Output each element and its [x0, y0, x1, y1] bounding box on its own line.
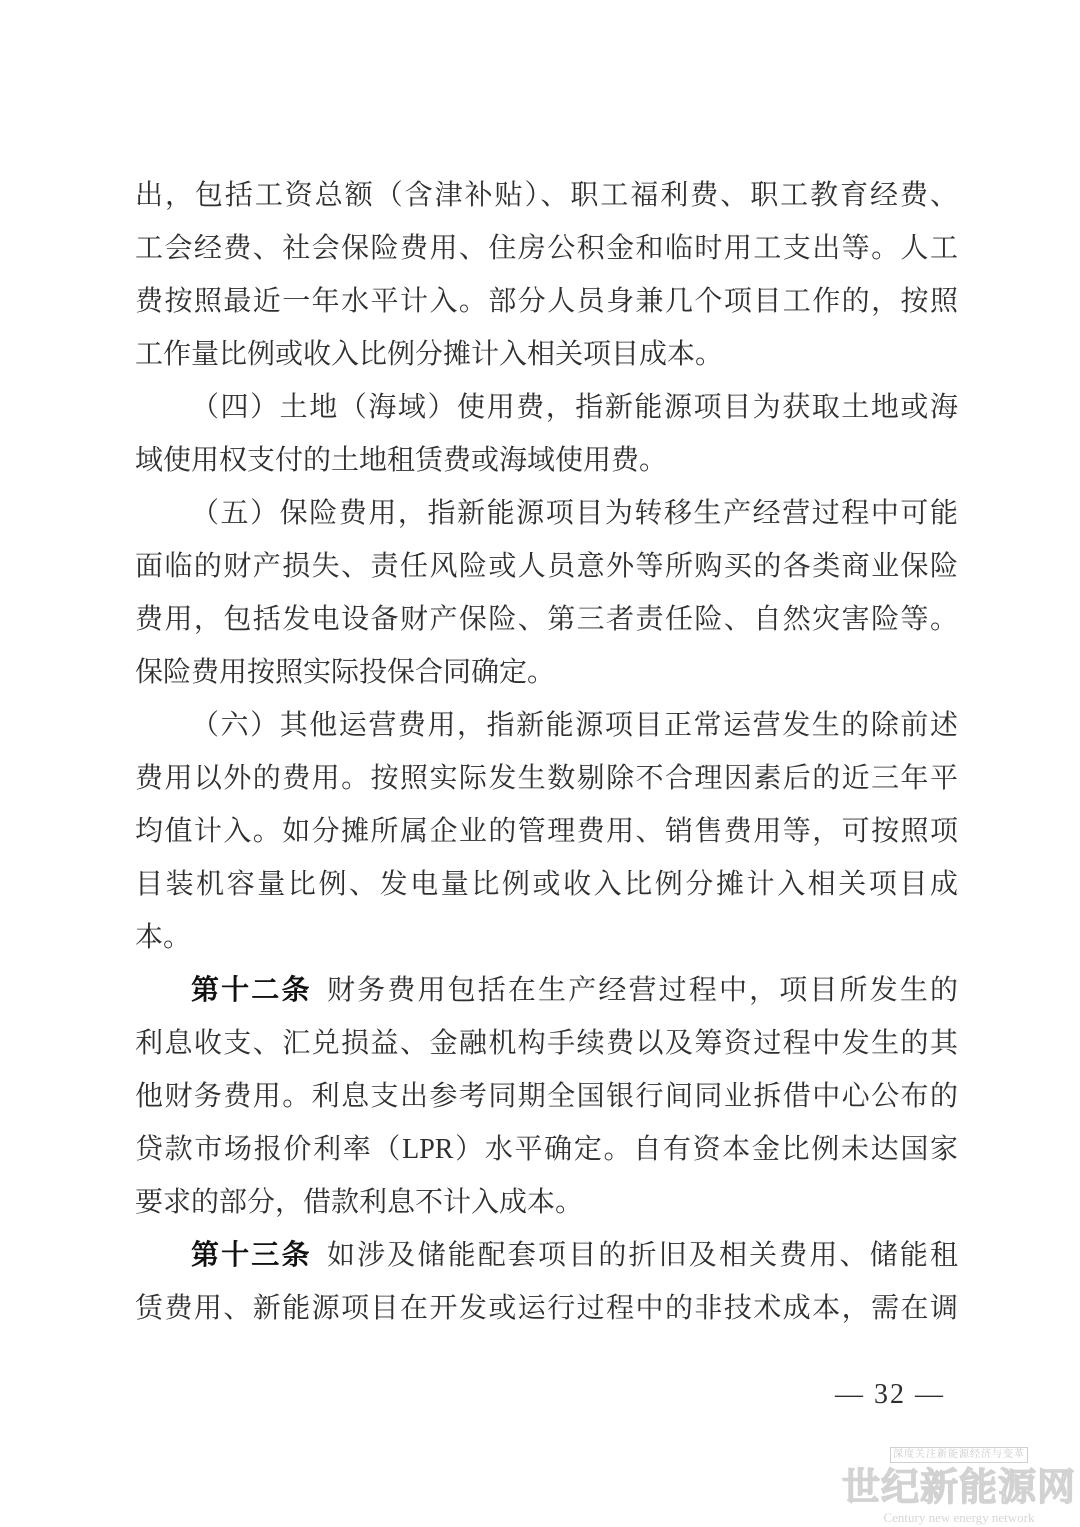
article-number: 第十三条	[191, 1240, 312, 1271]
text-line: 费用，包括发电设备财产保险、第三者责任险、自然灾害险等。	[135, 593, 958, 646]
text-line: 他财务费用。利息支出参考同期全国银行间同业拆借中心公布的	[135, 1070, 958, 1123]
text-run: 工会经费、社会保险费用、住房公积金和临时用工支出等。人工	[135, 233, 958, 264]
text-run: 要求的部分，借款利息不计入成本。	[135, 1187, 583, 1218]
text-line: 均值计入。如分摊所属企业的管理费用、销售费用等，可按照项	[135, 805, 958, 858]
text-run: 目装机容量比例、发电量比例或收入比例分摊计入相关项目成	[135, 869, 958, 900]
text-run: 面临的财产损失、责任风险或人员意外等所购买的各类商业保险	[135, 551, 958, 582]
paragraph: 出，包括工资总额（含津补贴）、职工福利费、职工教育经费、工会经费、社会保险费用、…	[135, 169, 958, 381]
text-run: 利息收支、汇兑损益、金融机构手续费以及筹资过程中发生的其	[135, 1028, 958, 1059]
watermark-subtitle: Century new energy network	[840, 1510, 1078, 1525]
text-line: 第十三条如涉及储能配套项目的折旧及相关费用、储能租	[135, 1229, 958, 1282]
article-number: 第十二条	[191, 975, 312, 1006]
paragraph: 第十三条如涉及储能配套项目的折旧及相关费用、储能租赁费用、新能源项目在开发或运行…	[135, 1229, 958, 1335]
text-run: 如涉及储能配套项目的折旧及相关费用、储能租	[327, 1240, 958, 1271]
text-run: （六）其他运营费用，指新能源项目正常运营发生的除前述	[191, 710, 958, 741]
text-run: 域使用权支付的土地租赁费或海域使用费。	[135, 445, 667, 476]
text-run: 财务费用包括在生产经营过程中，项目所发生的	[327, 975, 958, 1006]
text-line: （五）保险费用，指新能源项目为转移生产经营过程中可能	[135, 487, 958, 540]
document-content: 出，包括工资总额（含津补贴）、职工福利费、职工教育经费、工会经费、社会保险费用、…	[135, 169, 958, 1335]
text-line: 第十二条财务费用包括在生产经营过程中，项目所发生的	[135, 964, 958, 1017]
text-run: 本。	[135, 922, 191, 953]
text-run: 他财务费用。利息支出参考同期全国银行间同业拆借中心公布的	[135, 1081, 958, 1112]
text-line: 赁费用、新能源项目在开发或运行过程中的非技术成本，需在调	[135, 1282, 958, 1335]
text-line: 要求的部分，借款利息不计入成本。	[135, 1176, 958, 1229]
text-run: （四）土地（海域）使用费，指新能源项目为获取土地或海	[191, 392, 958, 423]
page-number: — 32 —	[135, 1377, 945, 1413]
paragraph: （四）土地（海域）使用费，指新能源项目为获取土地或海域使用权支付的土地租赁费或海…	[135, 381, 958, 487]
document-page: 出，包括工资总额（含津补贴）、职工福利费、职工教育经费、工会经费、社会保险费用、…	[0, 0, 1080, 1527]
paragraph: （五）保险费用，指新能源项目为转移生产经营过程中可能面临的财产损失、责任风险或人…	[135, 487, 958, 699]
text-run: 费用，包括发电设备财产保险、第三者责任险、自然灾害险等。	[135, 604, 958, 635]
watermark: 深度关注新能源经济与变革 世纪新能源网 Century new energy n…	[840, 1444, 1078, 1525]
text-run: 赁费用、新能源项目在开发或运行过程中的非技术成本，需在调	[135, 1293, 958, 1324]
text-run: 贷款市场报价利率（LPR）水平确定。自有资本金比例未达国家	[135, 1134, 958, 1165]
text-line: 费用以外的费用。按照实际发生数剔除不合理因素后的近三年平	[135, 752, 958, 805]
watermark-tagline: 深度关注新能源经济与变革	[890, 1447, 1028, 1463]
text-run: （五）保险费用，指新能源项目为转移生产经营过程中可能	[191, 498, 958, 529]
text-run: 费用以外的费用。按照实际发生数剔除不合理因素后的近三年平	[135, 763, 958, 794]
text-line: 贷款市场报价利率（LPR）水平确定。自有资本金比例未达国家	[135, 1123, 958, 1176]
text-line: 目装机容量比例、发电量比例或收入比例分摊计入相关项目成	[135, 858, 958, 911]
text-line: （六）其他运营费用，指新能源项目正常运营发生的除前述	[135, 699, 958, 752]
paragraph: 第十二条财务费用包括在生产经营过程中，项目所发生的利息收支、汇兑损益、金融机构手…	[135, 964, 958, 1229]
text-line: （四）土地（海域）使用费，指新能源项目为获取土地或海	[135, 381, 958, 434]
text-line: 工作量比例或收入比例分摊计入相关项目成本。	[135, 328, 958, 381]
text-line: 保险费用按照实际投保合同确定。	[135, 646, 958, 699]
text-run: 保险费用按照实际投保合同确定。	[135, 657, 555, 688]
text-run: 工作量比例或收入比例分摊计入相关项目成本。	[135, 339, 723, 370]
paragraph: （六）其他运营费用，指新能源项目正常运营发生的除前述费用以外的费用。按照实际发生…	[135, 699, 958, 964]
text-line: 费按照最近一年水平计入。部分人员身兼几个项目工作的，按照	[135, 275, 958, 328]
text-run: 费按照最近一年水平计入。部分人员身兼几个项目工作的，按照	[135, 286, 958, 317]
text-line: 工会经费、社会保险费用、住房公积金和临时用工支出等。人工	[135, 222, 958, 275]
text-line: 出，包括工资总额（含津补贴）、职工福利费、职工教育经费、	[135, 169, 958, 222]
text-line: 域使用权支付的土地租赁费或海域使用费。	[135, 434, 958, 487]
text-line: 本。	[135, 911, 958, 964]
watermark-title: 世纪新能源网	[840, 1466, 1078, 1510]
text-line: 面临的财产损失、责任风险或人员意外等所购买的各类商业保险	[135, 540, 958, 593]
text-line: 利息收支、汇兑损益、金融机构手续费以及筹资过程中发生的其	[135, 1017, 958, 1070]
text-run: 出，包括工资总额（含津补贴）、职工福利费、职工教育经费、	[135, 180, 958, 211]
text-run: 均值计入。如分摊所属企业的管理费用、销售费用等，可按照项	[135, 816, 958, 847]
